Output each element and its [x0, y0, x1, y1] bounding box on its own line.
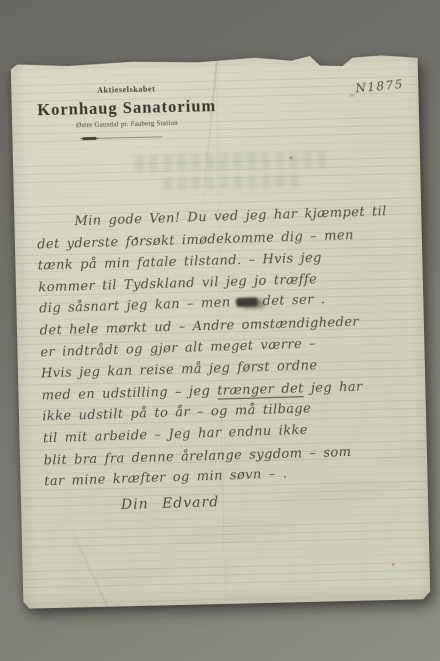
stamp-row	[163, 174, 303, 190]
stain-dot	[392, 563, 395, 566]
handwritten-letter-body: Min gode Ven! Du ved jeg har kjæmpet til…	[36, 202, 413, 519]
crossed-out-ink-blot	[235, 298, 257, 308]
photo-background: { "colors": { "photo_background": "#7272…	[0, 0, 440, 661]
line-text: dig såsnart jeg kan – men	[39, 296, 231, 317]
line-text: med en udstilling – jeg	[41, 384, 210, 404]
ornament-knot	[82, 137, 96, 140]
faint-collection-stamp	[135, 146, 330, 201]
letter-photo: Aktieselskabet Kornhaug Sanatorium Østre…	[11, 52, 431, 608]
stamp-row	[135, 150, 329, 172]
line-text: det ser .	[262, 293, 325, 310]
underlined-text: trænger det	[217, 381, 304, 399]
ornament-rule	[96, 136, 162, 139]
letter-paper: Aktieselskabet Kornhaug Sanatorium Østre…	[11, 52, 431, 608]
letterhead-name: Kornhaug Sanatorium	[24, 96, 230, 121]
line-text: jeg har	[311, 379, 363, 395]
letterhead-address: Østre Gausdal pr. Faaberg Station	[24, 119, 230, 131]
letterhead: Aktieselskabet Kornhaug Sanatorium Østre…	[23, 83, 230, 144]
